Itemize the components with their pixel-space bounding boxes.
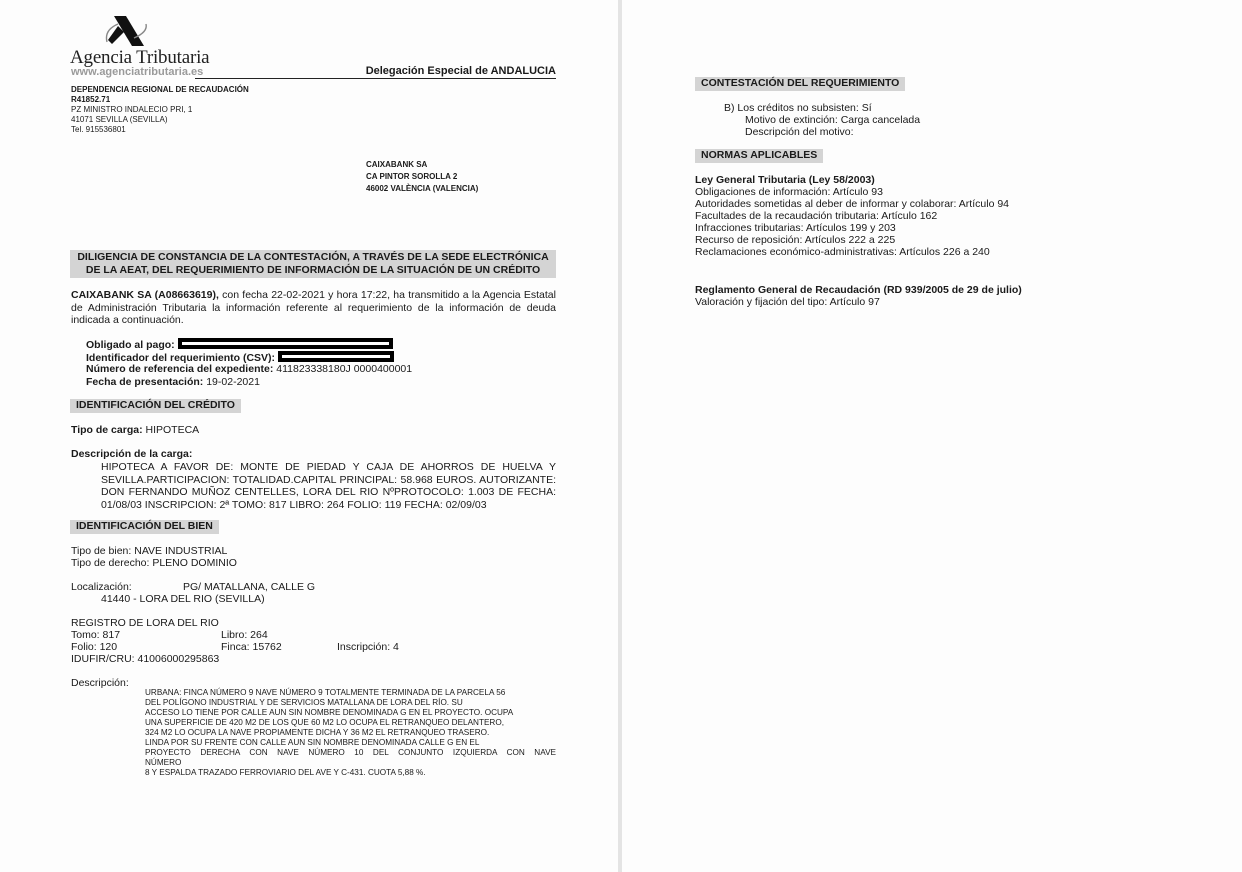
ley-item: Facultades de la recaudación tributaria:… xyxy=(695,210,937,223)
sender-dependencia: DEPENDENCIA REGIONAL DE RECAUDACIÓN xyxy=(71,85,249,95)
sender-direccion: PZ MINISTRO INDALECIO PRI, 1 xyxy=(71,105,249,115)
libro: Libro: 264 xyxy=(221,629,268,642)
document-title-line1: DILIGENCIA DE CONSTANCIA DE LA CONTESTAC… xyxy=(70,251,556,264)
descripcion-bien-line: DEL POLÍGONO INDUSTRIAL Y DE SERVICIOS M… xyxy=(145,698,556,708)
recipient-block: CAIXABANK SA CA PINTOR SOROLLA 2 46002 V… xyxy=(366,159,478,195)
document-title: DILIGENCIA DE CONSTANCIA DE LA CONTESTAC… xyxy=(70,250,556,278)
field-expediente-value: 411823338180J 0000400001 xyxy=(273,363,412,375)
intro-entity: CAIXABANK SA (A08663619), xyxy=(71,289,219,301)
field-csv: Identificador del requerimiento (CSV): xyxy=(86,351,412,364)
ley-title-text: Ley General Tributaria (Ley 58/2003) xyxy=(695,174,875,186)
tipo-bien: Tipo de bien: NAVE INDUSTRIAL xyxy=(71,545,227,558)
field-obligado: Obligado al pago: xyxy=(86,338,412,351)
ley-item: Reclamaciones económico-administrativas:… xyxy=(695,246,990,259)
ley-item: Recurso de reposición: Artículos 222 a 2… xyxy=(695,234,895,247)
idufir: IDUFIR/CRU: 41006000295863 xyxy=(71,653,219,666)
field-fecha-value: 19-02-2021 xyxy=(203,376,260,388)
field-expediente: Número de referencia del expediente: 411… xyxy=(86,363,412,376)
descripcion-bien-line: PROYECTO DERECHA CON NAVE NÚMERO 10 DEL … xyxy=(145,748,556,758)
redacted-csv xyxy=(278,351,394,362)
document-title-line2: DE LA AEAT, DEL REQUERIMIENTO DE INFORMA… xyxy=(70,264,556,277)
section-normas: NORMAS APLICABLES xyxy=(695,149,823,163)
field-obligado-label: Obligado al pago: xyxy=(86,339,175,351)
tipo-carga-label: Tipo de carga: xyxy=(71,424,143,436)
descripcion-bien-line: ACCESO LO TIENE POR CALLE AUN SIN NOMBRE… xyxy=(145,708,556,718)
descripcion-motivo: Descripción del motivo: xyxy=(745,126,854,139)
finca: Finca: 15762 xyxy=(221,641,282,654)
descripcion-carga-label-text: Descripción de la carga: xyxy=(71,448,192,460)
sender-codigo: R41852.71 xyxy=(71,95,249,105)
creditos-subsisten: B) Los créditos no subsisten: Sí xyxy=(724,102,872,115)
descripcion-carga-value: HIPOTECA A FAVOR DE: MONTE DE PIEDAD Y C… xyxy=(101,461,556,511)
field-fecha-label: Fecha de presentación: xyxy=(86,376,203,388)
redacted-obligado xyxy=(178,338,393,349)
inscripcion: Inscripción: 4 xyxy=(337,641,399,654)
logo-url: www.agenciatributaria.es xyxy=(71,66,203,78)
sender-telefono: Tel. 915536801 xyxy=(71,125,249,135)
recipient-direccion: CA PINTOR SOROLLA 2 xyxy=(366,171,478,183)
descripcion-bien-line: URBANA: FINCA NÚMERO 9 NAVE NÚMERO 9 TOT… xyxy=(145,688,556,698)
section-identificacion-credito: IDENTIFICACIÓN DEL CRÉDITO xyxy=(70,399,241,413)
reglamento-title-text: Reglamento General de Recaudación (RD 93… xyxy=(695,284,1022,296)
header-divider xyxy=(195,78,556,79)
motivo-extincion: Motivo de extinción: Carga cancelada xyxy=(745,114,920,127)
tipo-carga-value: HIPOTECA xyxy=(143,424,200,436)
section-contestacion: CONTESTACIÓN DEL REQUERIMIENTO xyxy=(695,77,905,91)
field-expediente-label: Número de referencia del expediente: xyxy=(86,363,273,375)
delegacion-heading: Delegación Especial de ANDALUCIA xyxy=(366,65,556,77)
localizacion-value: PG/ MATALLANA, CALLE G xyxy=(183,581,315,594)
document-page-2: CONTESTACIÓN DEL REQUERIMIENTO B) Los cr… xyxy=(622,0,1242,872)
ley-item: Obligaciones de información: Artículo 93 xyxy=(695,186,883,199)
ley-title: Ley General Tributaria (Ley 58/2003) xyxy=(695,174,875,187)
request-fields: Obligado al pago: Identificador del requ… xyxy=(86,338,412,388)
sender-block: DEPENDENCIA REGIONAL DE RECAUDACIÓN R418… xyxy=(71,85,249,135)
descripcion-bien-label: Descripción: xyxy=(71,677,129,690)
reglamento-title: Reglamento General de Recaudación (RD 93… xyxy=(695,284,1022,297)
ley-item: Autoridades sometidas al deber de inform… xyxy=(695,198,1009,211)
descripcion-carga-label: Descripción de la carga: xyxy=(71,448,192,461)
localizacion-ciudad: 41440 - LORA DEL RIO (SEVILLA) xyxy=(101,593,265,606)
reglamento-item: Valoración y fijación del tipo: Artículo… xyxy=(695,296,880,309)
registro: REGISTRO DE LORA DEL RIO xyxy=(71,617,219,630)
document-page-1: Agencia Tributaria www.agenciatributaria… xyxy=(0,0,618,872)
localizacion-label: Localización: xyxy=(71,581,132,594)
descripcion-bien-line: 8 Y ESPALDA TRAZADO FERROVIARIO DEL AVE … xyxy=(145,768,556,778)
folio: Folio: 120 xyxy=(71,641,117,654)
tipo-carga: Tipo de carga: HIPOTECA xyxy=(71,424,199,437)
intro-paragraph: CAIXABANK SA (A08663619), con fecha 22-0… xyxy=(71,289,556,327)
descripcion-bien-value: URBANA: FINCA NÚMERO 9 NAVE NÚMERO 9 TOT… xyxy=(145,688,556,778)
tomo: Tomo: 817 xyxy=(71,629,120,642)
sender-ciudad: 41071 SEVILLA (SEVILLA) xyxy=(71,115,249,125)
section-identificacion-bien: IDENTIFICACIÓN DEL BIEN xyxy=(70,520,219,534)
agencia-tributaria-logo-icon xyxy=(104,16,152,50)
field-fecha: Fecha de presentación: 19-02-2021 xyxy=(86,376,412,389)
descripcion-bien-line: UNA SUPERFICIE DE 420 M2 DE LOS QUE 60 M… xyxy=(145,718,556,728)
recipient-ciudad: 46002 VALÈNCIA (VALENCIA) xyxy=(366,183,478,195)
tipo-derecho: Tipo de derecho: PLENO DOMINIO xyxy=(71,557,237,570)
recipient-nombre: CAIXABANK SA xyxy=(366,159,478,171)
ley-item: Infracciones tributarias: Artículos 199 … xyxy=(695,222,896,235)
descripcion-bien-line: LINDA POR SU FRENTE CON CALLE AUN SIN NO… xyxy=(145,738,556,748)
field-csv-label: Identificador del requerimiento (CSV): xyxy=(86,352,275,364)
descripcion-bien-line: 324 M2 LO OCUPA LA NAVE PROPIAMENTE DICH… xyxy=(145,728,556,738)
descripcion-bien-line: NÚMERO xyxy=(145,758,556,768)
